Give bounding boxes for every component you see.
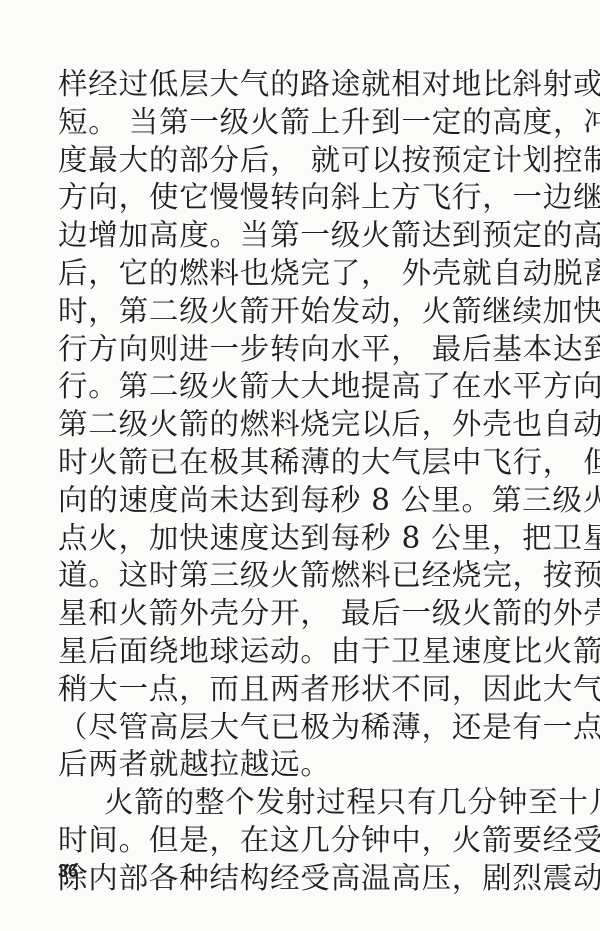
text-line: 边增加高度。当第一级火箭达到预定的高度和速度 (58, 217, 558, 255)
text-line: 点火，加快速度达到每秒 8 公里，把卫星送入预定轨 (58, 520, 558, 558)
text-line: 度最大的部分后， 就可以按预定计划控制它的飞行 (58, 142, 558, 180)
text-line: 第二级火箭的燃料烧完以后，外壳也自动脱离。 这 (58, 406, 558, 444)
text-line: （尽管高层大气已极为稀薄，还是有一点阻力的），以 (58, 709, 558, 747)
text-line: 星后面绕地球运动。由于卫星速度比火箭外壳速度 (58, 633, 558, 671)
text-line: 道。这时第三级火箭燃料已经烧完，按预定计划，卫 (58, 557, 558, 595)
text-line: 行方向则进一步转向水平， 最后基本达到与地面平 (58, 331, 558, 369)
text-line: 方向，使它慢慢转向斜上方飞行，一边继续加速，一 (58, 179, 558, 217)
text-line: 短。 当第一级火箭上升到一定的高度，冲出大气密 (58, 104, 558, 142)
page-number: 36 (58, 861, 78, 882)
text-line: 时火箭已在极其稀薄的大气层中飞行， 但在水平方 (58, 444, 558, 482)
page-body-text: 样经过低层大气的路途就相对地比斜射或平射的 短。 当第一级火箭上升到一定的高度，… (58, 66, 558, 898)
text-line: 行。第二级火箭大大地提高了在水平方向的速度。 (58, 368, 558, 406)
text-line: 样经过低层大气的路途就相对地比斜射或平射的 (58, 66, 558, 104)
text-line: 时，第二级火箭开始发动，火箭继续加快速度，而飞 (58, 293, 558, 331)
text-line: 稍大一点，而且两者形状不同，因此大气阻力也不同 (58, 671, 558, 709)
text-line: 星和火箭外壳分开， 最后一级火箭的外壳就跟在卫 (58, 595, 558, 633)
text-line: 时间。但是，在这几分钟中，火箭要经受巨大考验。 (58, 822, 558, 860)
text-line: 除内部各种结构经受高温高压，剧烈震动等考验外， (58, 860, 558, 898)
paragraph-end-line: 后两者就越拉越远。 (58, 746, 558, 784)
text-line: 向的速度尚未达到每秒 8 公里。第三级火箭紧接着 (58, 482, 558, 520)
paragraph-start-line: 火箭的整个发射过程只有几分钟至十几分钟的 (58, 784, 558, 822)
text-line: 后，它的燃料也烧完了， 外壳就自动脱离。 几乎同 (58, 255, 558, 293)
